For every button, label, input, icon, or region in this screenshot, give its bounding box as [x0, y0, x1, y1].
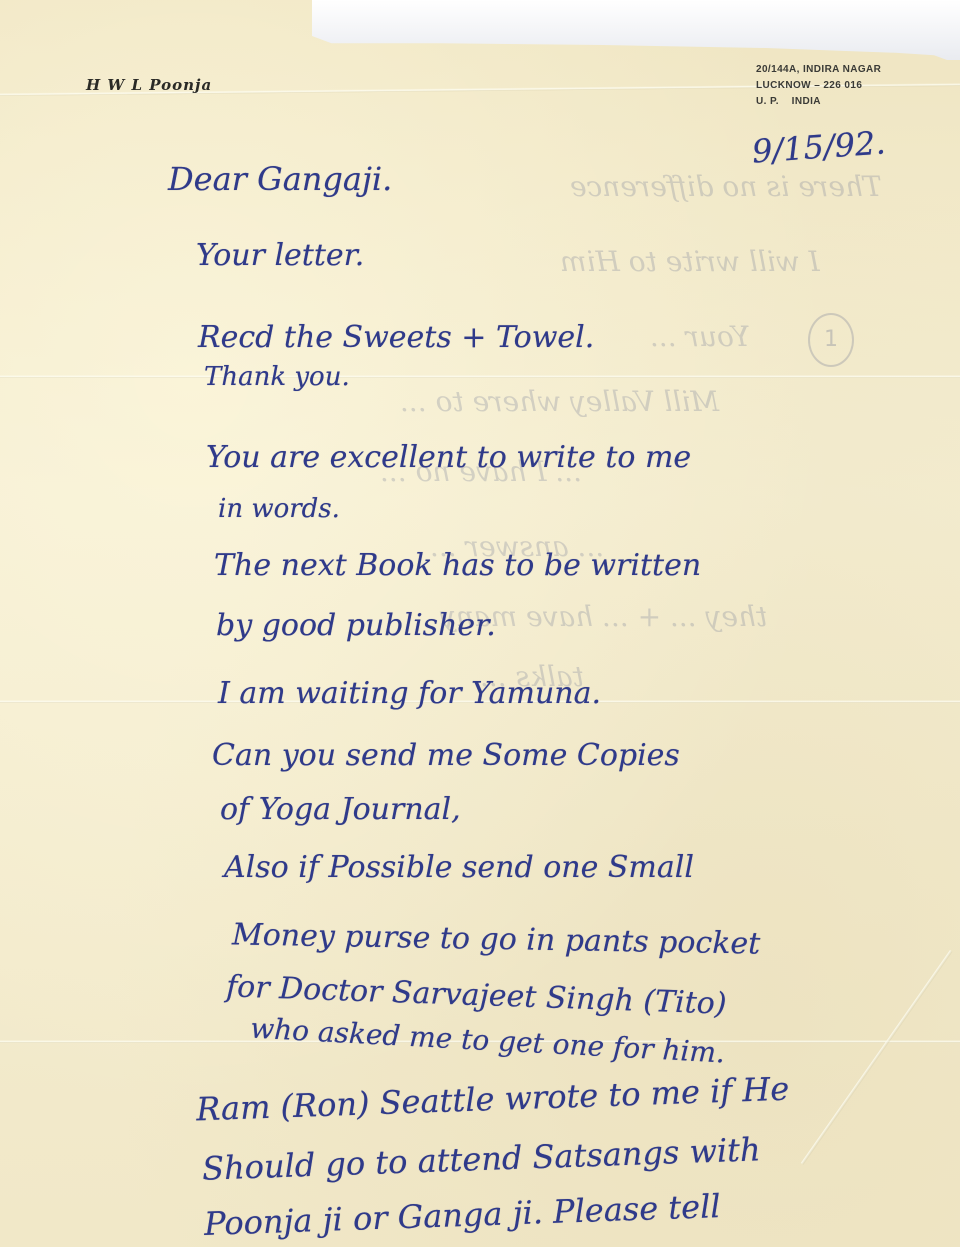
bleed-through-line: Your ... — [650, 320, 750, 353]
letter-line: I am waiting for Yamuna. — [218, 676, 601, 711]
fold-line — [0, 375, 960, 378]
bleed-through-line: Mill Valley where to ... — [400, 385, 719, 418]
address-line: 20/144A, INDIRA NAGAR — [756, 62, 881, 78]
letter-line: Thank you. — [204, 362, 350, 392]
salutation: Dear Gangaji. — [168, 160, 392, 198]
letterhead-address: 20/144A, INDIRA NAGAR LUCKNOW – 226 016 … — [756, 62, 881, 110]
letterhead-name: H W L Poonja — [86, 76, 212, 94]
letter-line: of Yoga Journal, — [220, 792, 461, 827]
letter-line: The next Book has to be written — [214, 548, 701, 583]
letter-line: by good publisher. — [216, 608, 496, 643]
circled-number: 1 — [808, 313, 854, 367]
address-line: U. P. INDIA — [756, 94, 881, 110]
bleed-through-line: I will write to Him — [560, 245, 820, 278]
bleed-through-line: There is no difference — [570, 170, 882, 203]
address-line: LUCKNOW – 226 016 — [756, 78, 881, 94]
letter-line: in words. — [218, 494, 340, 524]
letter-line: Your letter. — [196, 238, 364, 273]
letter-line: You are excellent to write to me — [206, 440, 691, 475]
letter-line: Also if Possible send one Small — [224, 850, 694, 885]
letter-line: Can you send me Some Copies — [212, 738, 680, 773]
letter-line: Recd the Sweets + Towel. — [198, 320, 594, 355]
